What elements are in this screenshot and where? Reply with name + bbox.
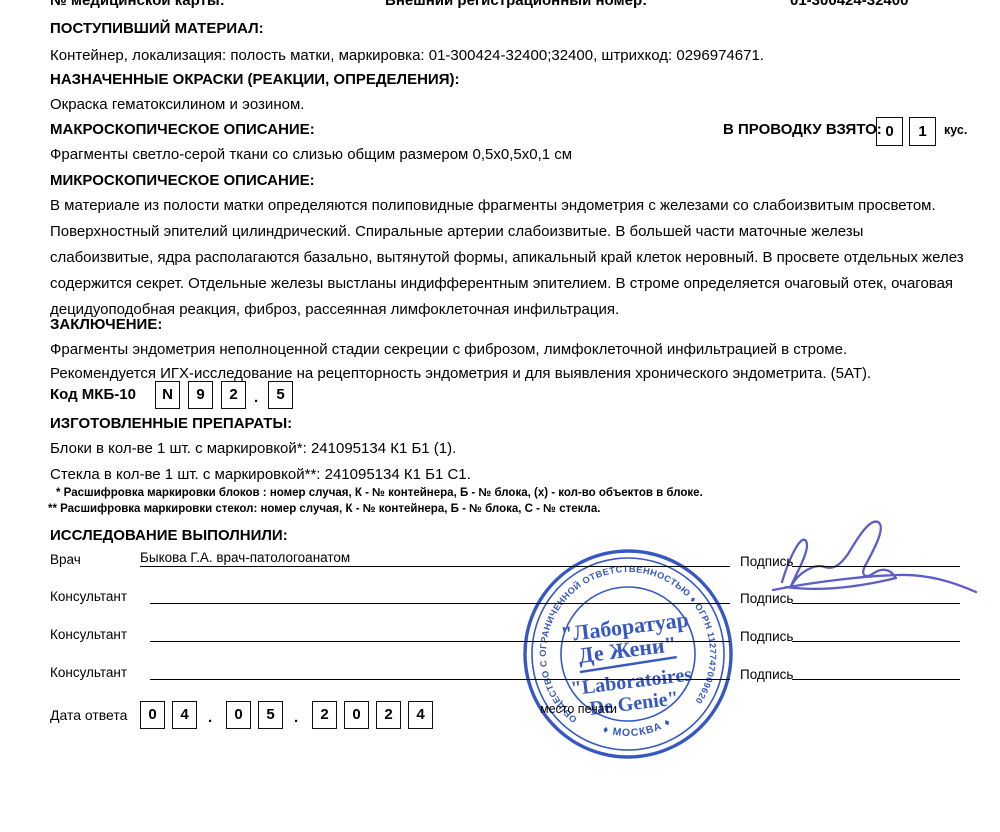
icd-separator: . — [254, 389, 258, 406]
conclusion-line1: Фрагменты эндометрия неполноценной стади… — [50, 341, 847, 358]
laboratory-stamp: ОБЩЕСТВО С ОГРАНИЧЕННОЙ ОТВЕТСТВЕННОСТЬЮ… — [518, 544, 738, 764]
proc-taken-label: В ПРОВОДКУ ВЗЯТО: — [723, 121, 882, 138]
received-material-title: ПОСТУПИВШИЙ МАТЕРИАЛ: — [50, 20, 264, 37]
date-digit-box: 4 — [408, 701, 433, 729]
preparations-slides: Стекла в кол-ве 1 шт. с маркировкой**: 2… — [50, 466, 471, 483]
date-digit-box: 2 — [312, 701, 337, 729]
received-material-text: Контейнер, локализация: полость матки, м… — [50, 47, 764, 64]
date-separator: . — [208, 709, 212, 726]
icd-char-box: 5 — [268, 381, 293, 409]
med-card-label: № медицинской карты: — [50, 0, 225, 9]
icd-char-box: N — [155, 381, 180, 409]
conclusion-title: ЗАКЛЮЧЕНИЕ: — [50, 316, 162, 333]
sign-line — [792, 641, 960, 642]
performer-name: Быкова Г.А. врач-патологоанатом — [140, 550, 350, 565]
icd-char-box: 2 — [221, 381, 246, 409]
date-digit-box: 0 — [140, 701, 165, 729]
date-digit-box: 0 — [226, 701, 251, 729]
footnote-blocks: * Расшифровка маркировки блоков : номер … — [56, 487, 703, 499]
ext-reg-label: Внешний регистрационный номер: — [385, 0, 647, 9]
date-digit-box: 4 — [172, 701, 197, 729]
performer-role: Консультант — [50, 627, 127, 642]
proc-taken-unit: кус. — [944, 123, 967, 137]
date-digit-box: 0 — [344, 701, 369, 729]
date-digit-box: 5 — [258, 701, 283, 729]
proc-taken-digit-box: 0 — [876, 117, 903, 146]
preparations-blocks: Блоки в кол-ве 1 шт. с маркировкой*: 241… — [50, 440, 456, 457]
preparations-title: ИЗГОТОВЛЕННЫЕ ПРЕПАРАТЫ: — [50, 415, 292, 432]
icd-label: Код МКБ-10 — [50, 386, 136, 403]
signature-scribble — [768, 512, 988, 608]
date-digit-box: 2 — [376, 701, 401, 729]
micro-title: МИКРОСКОПИЧЕСКОЕ ОПИСАНИЕ: — [50, 172, 315, 189]
date-separator: . — [294, 709, 298, 726]
answer-date-label: Дата ответа — [50, 707, 127, 723]
stains-title: НАЗНАЧЕННЫЕ ОКРАСКИ (РЕАКЦИИ, ОПРЕДЕЛЕНИ… — [50, 71, 459, 88]
macro-title: МАКРОСКОПИЧЕСКОЕ ОПИСАНИЕ: — [50, 121, 315, 138]
conclusion-line2: Рекомендуется ИГХ-исследование на рецепт… — [50, 365, 871, 382]
sign-label: Подпись — [740, 667, 793, 682]
proc-taken-digit-box: 1 — [909, 117, 936, 146]
sign-line — [792, 679, 960, 680]
performer-role: Консультант — [50, 665, 127, 680]
stains-text: Окраска гематоксилином и эозином. — [50, 96, 304, 113]
micro-text: В материале из полости матки определяютс… — [50, 193, 966, 323]
footnote-slides: ** Расшифровка маркировки стекол: номер … — [48, 503, 600, 515]
macro-text: Фрагменты светло-серой ткани со слизью о… — [50, 146, 572, 163]
performer-role: Врач — [50, 552, 81, 567]
ext-reg-value: 01-300424-32400 — [790, 0, 908, 9]
performer-role: Консультант — [50, 589, 127, 604]
performers-title: ИССЛЕДОВАНИЕ ВЫПОЛНИЛИ: — [50, 527, 288, 544]
sign-label: Подпись — [740, 629, 793, 644]
icd-char-box: 9 — [188, 381, 213, 409]
pathology-report-page: № медицинской карты: Внешний регистрацио… — [0, 0, 1000, 832]
